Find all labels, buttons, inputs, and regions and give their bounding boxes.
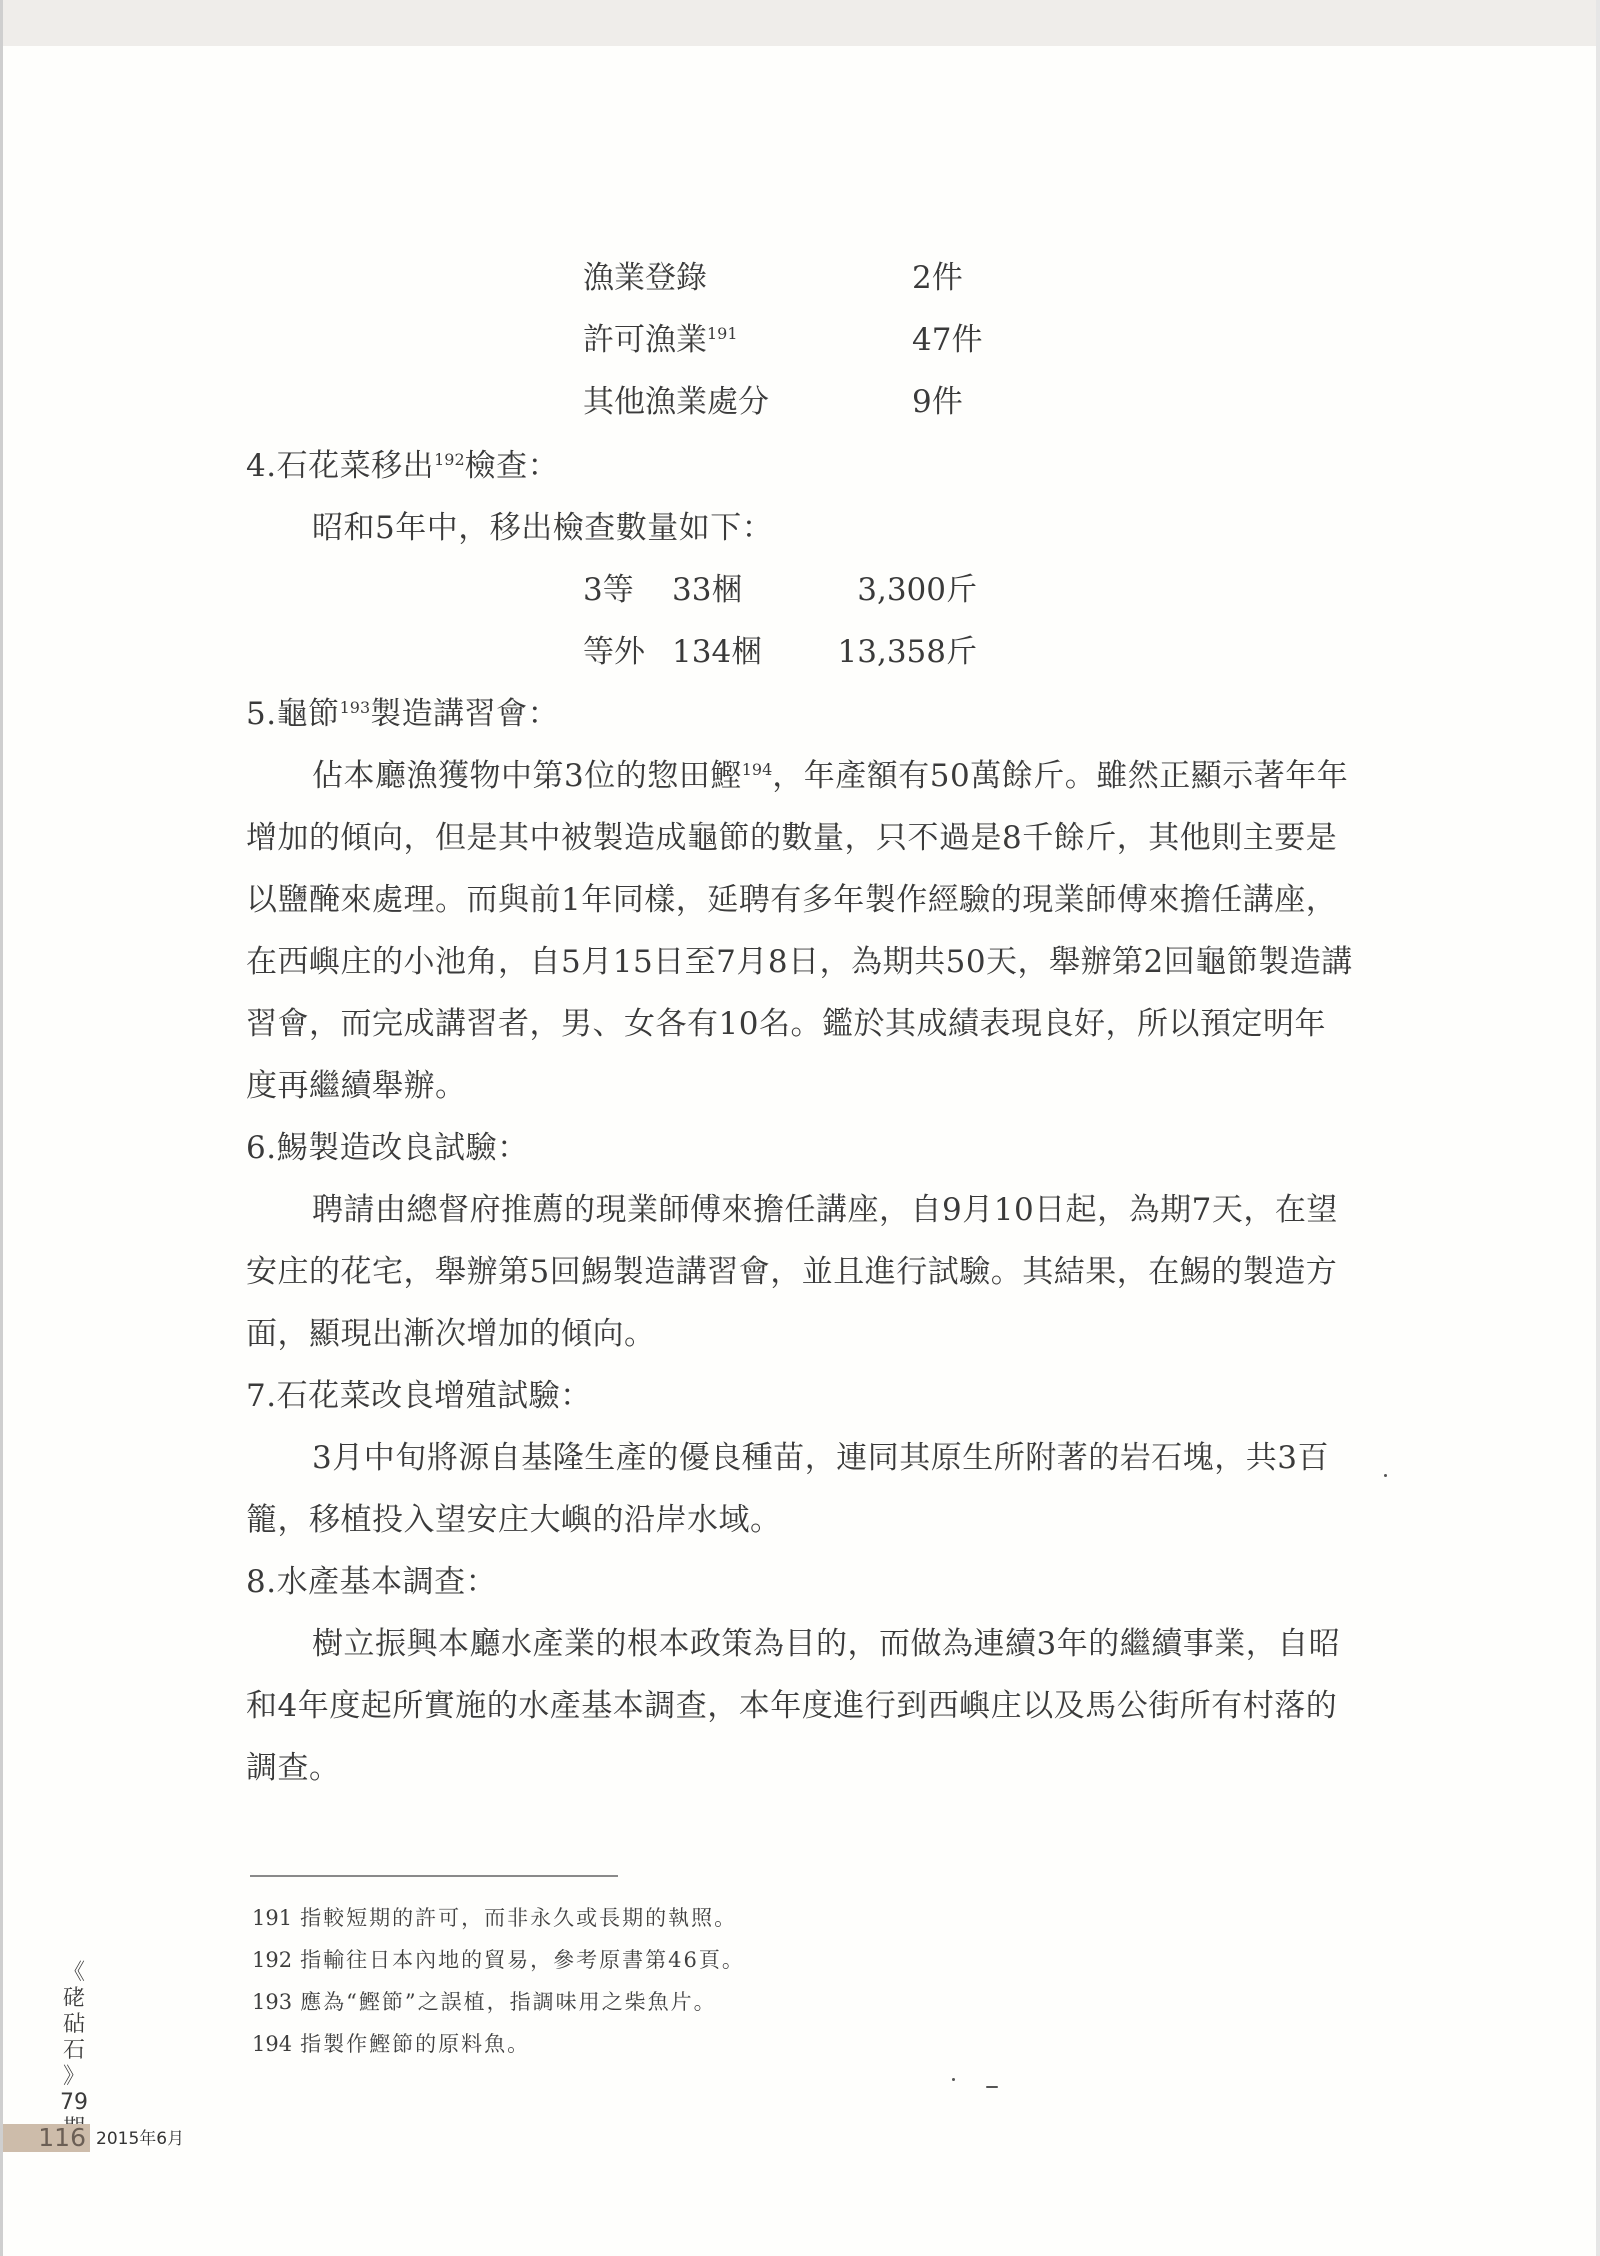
scan-speck [986,2086,998,2088]
footnote-ref[interactable]: 192 [434,450,465,469]
fishery-label: 其他漁業處分 [583,382,769,422]
paragraph-line: 聘請由總督府推薦的現業師傅來擔任講座，自9月10日起，為期7天，在望 [312,1190,1338,1230]
fishery-label: 許可漁業191 [583,320,738,360]
grade-cell: 等外 [583,632,645,672]
footnote-ref[interactable]: 191 [707,324,738,343]
paragraph-line: 昭和5年中，移出檢查數量如下： [312,508,773,548]
page-number: 116 [3,2124,90,2152]
paragraph-line: 增加的傾向，但是其中被製造成龜節的數量，只不過是8千餘斤，其他則主要是 [246,818,1337,858]
fishery-count: 47件 [912,320,982,360]
footnote-ref[interactable]: 193 [340,698,371,717]
footnote-divider [250,1875,618,1877]
page-left-edge [0,0,3,2256]
paragraph-line: 樹立振興本廳水產業的根本政策為目的，而做為連續3年的繼續事業，自昭 [312,1624,1340,1664]
grade-cell: 3等 [583,570,634,610]
scan-top-band [0,0,1600,46]
bundles-cell: 33梱 [672,570,742,610]
section-heading: 6.鯣製造改良試驗： [246,1128,529,1168]
section-heading: 7.石花菜改良增殖試驗： [246,1376,592,1416]
footnote-192: 192指輸往日本內地的貿易，參考原書第46頁。 [252,1945,745,1975]
bundles-cell: 134梱 [672,632,762,672]
weight-cell: 13,358斤 [800,632,977,672]
paragraph-line: 在西嶼庄的小池角，自5月15日至7月8日，為期共50天，舉辦第2回龜節製造講 [246,942,1353,982]
paragraph-line: 籠，移植投入望安庄大嶼的沿岸水域。 [246,1500,782,1540]
paragraph-line: 以鹽醃來處理。而與前1年同樣，延聘有多年製作經驗的現業師傅來擔任講座， [246,880,1337,920]
page-right-edge [1596,0,1600,2256]
fishery-label: 漁業登錄 [583,258,707,298]
paragraph-line: 和4年度起所實施的水產基本調查，本年度進行到西嶼庄以及馬公街所有村落的 [246,1686,1337,1726]
fishery-count: 2件 [912,258,963,298]
weight-cell: 3,300斤 [800,570,977,610]
paragraph-line: 度再繼續舉辦。 [246,1066,467,1106]
section-heading: 5.龜節193製造講習會： [246,694,559,734]
paragraph-line: 佔本廳漁獲物中第3位的惣田鰹194，年產額有50萬餘斤。雖然正顯示著年年 [312,756,1348,796]
footnote-193: 193應為“鰹節”之誤植，指調味用之柴魚片。 [252,1987,717,2017]
paragraph-line: 調查。 [246,1748,341,1788]
journal-title-vertical: 《 硓 砧 石 》 79 期 [56,1960,92,2142]
footnote-191: 191指較短期的許可，而非永久或長期的執照。 [252,1903,737,1933]
footnote-ref[interactable]: 194 [742,760,773,779]
paragraph-line: 習會，而完成講習者，男、女各有10名。鑑於其成績表現良好，所以預定明年 [246,1004,1326,1044]
scan-speck [1384,1474,1387,1477]
section-heading: 4.石花菜移出192檢查： [246,446,559,486]
section-heading: 8.水產基本調查： [246,1562,497,1602]
footnote-194: 194指製作鰹節的原料魚。 [252,2029,530,2059]
scan-speck [952,2078,955,2081]
paragraph-line: 安庄的花宅，舉辦第5回鯣製造講習會，並且進行試驗。其結果，在鯣的製造方 [246,1252,1337,1292]
paragraph-line: 3月中旬將源自基隆生產的優良種苗，連同其原生所附著的岩石塊，共3百 [312,1438,1329,1478]
fishery-count: 9件 [912,382,963,422]
paragraph-line: 面，顯現出漸次增加的傾向。 [246,1314,656,1354]
publication-date: 2015年6月 [96,2126,184,2152]
